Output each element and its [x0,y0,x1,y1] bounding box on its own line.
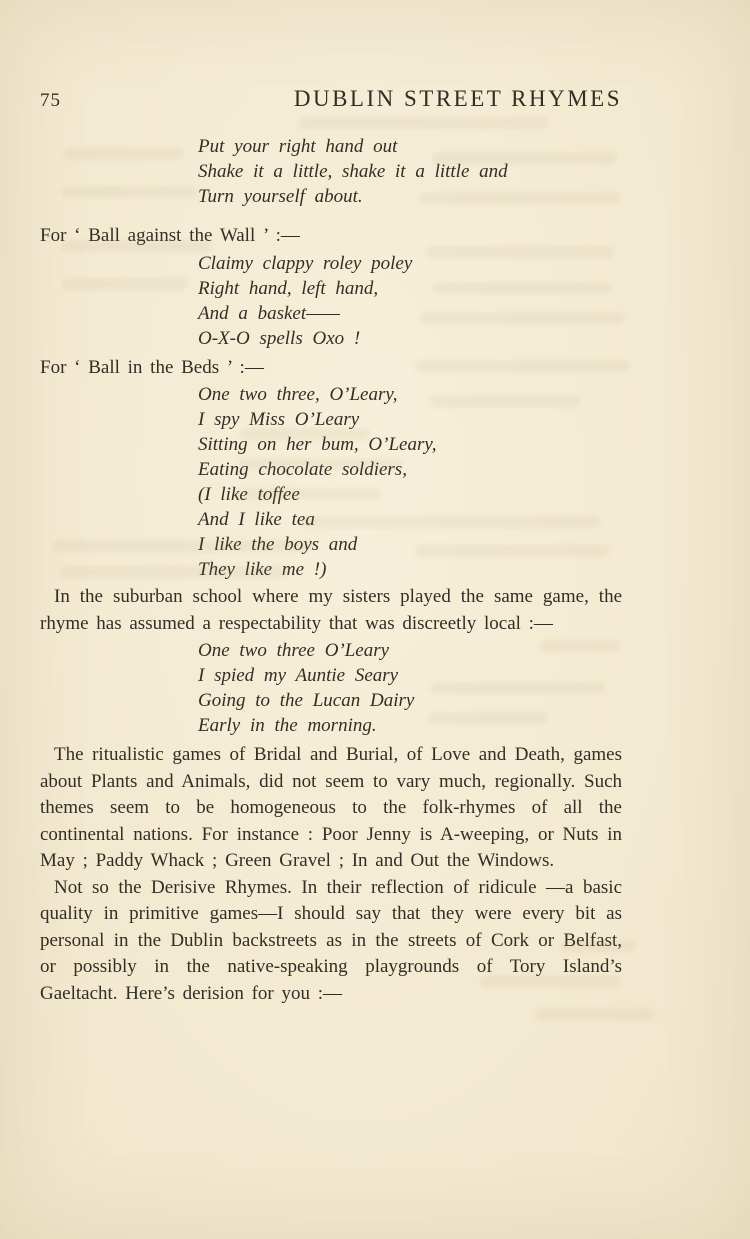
verse-line: Turn yourself about. [198,184,622,209]
verse-line: One two three, O’Leary, [198,382,622,407]
verse-claimy-clappy: Claimy clappy roley poley Right hand, le… [198,251,622,351]
verse-auntie-seary: One two three O’Leary I spied my Auntie … [198,638,622,738]
verse-line: And I like tea [198,507,622,532]
para-ritualistic-games: The ritualistic games of Bridal and Buri… [40,742,622,875]
para-derisive-rhymes: Not so the Derisive Rhymes. In their ref… [40,875,622,1008]
verse-line: O-X-O spells Oxo ! [198,326,622,351]
running-head: DUBLIN STREET RHYMES [294,86,622,112]
verse-line: They like me !) [198,557,622,582]
verse-shake-it-a-little: Put your right hand out Shake it a littl… [198,134,622,209]
verse-line: Eating chocolate soldiers, [198,457,622,482]
verse-line: Put your right hand out [198,134,622,159]
lead-ball-against-the-wall: For ‘ Ball against the Wall ’ :— [40,222,622,249]
showthrough-line [61,186,197,198]
verse-line: Claimy clappy roley poley [198,251,622,276]
showthrough-line [297,117,548,129]
verse-line: Early in the morning. [198,713,622,738]
verse-line: I spied my Auntie Seary [198,663,622,688]
showthrough-line [534,1008,655,1020]
showthrough-line [61,278,187,290]
verse-line: (I like toffee [198,482,622,507]
book-page: 75 DUBLIN STREET RHYMES Put your right h… [0,0,750,1239]
verse-line: I like the boys and [198,532,622,557]
verse-line: Shake it a little, shake it a little and [198,159,622,184]
verse-line: And a basket—— [198,301,622,326]
verse-line: Going to the Lucan Dairy [198,688,622,713]
verse-line: I spy Miss O’Leary [198,407,622,432]
showthrough-line [63,148,184,160]
verse-line: Right hand, left hand, [198,276,622,301]
verse-line: One two three O’Leary [198,638,622,663]
para-suburban-school: In the suburban school where my sisters … [40,584,622,637]
page-header: 75 DUBLIN STREET RHYMES [40,86,622,114]
verse-one-two-three-oleary: One two three, O’Leary, I spy Miss O’Lea… [198,382,622,582]
verse-line: Sitting on her bum, O’Leary, [198,432,622,457]
lead-ball-in-the-beds: For ‘ Ball in the Beds ’ :— [40,354,622,381]
page-number: 75 [40,90,61,112]
